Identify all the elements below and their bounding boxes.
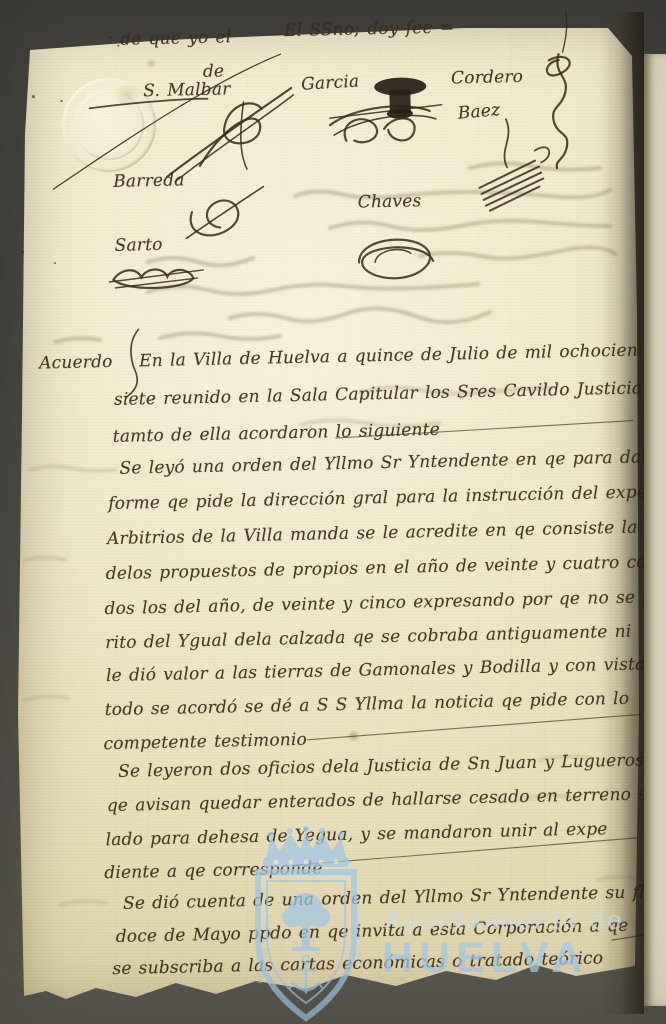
archive-photo-background: de que yo el El SSno; doy fee = de S. Ma… — [0, 0, 666, 1024]
ink-blot — [374, 77, 427, 119]
next-page-edge — [644, 54, 666, 1006]
binding-gutter-shadow — [600, 12, 644, 1014]
signature-flourishes — [0, 0, 666, 1024]
handwriting-layer: de que yo el El SSno; doy fee = de S. Ma… — [0, 0, 666, 1024]
